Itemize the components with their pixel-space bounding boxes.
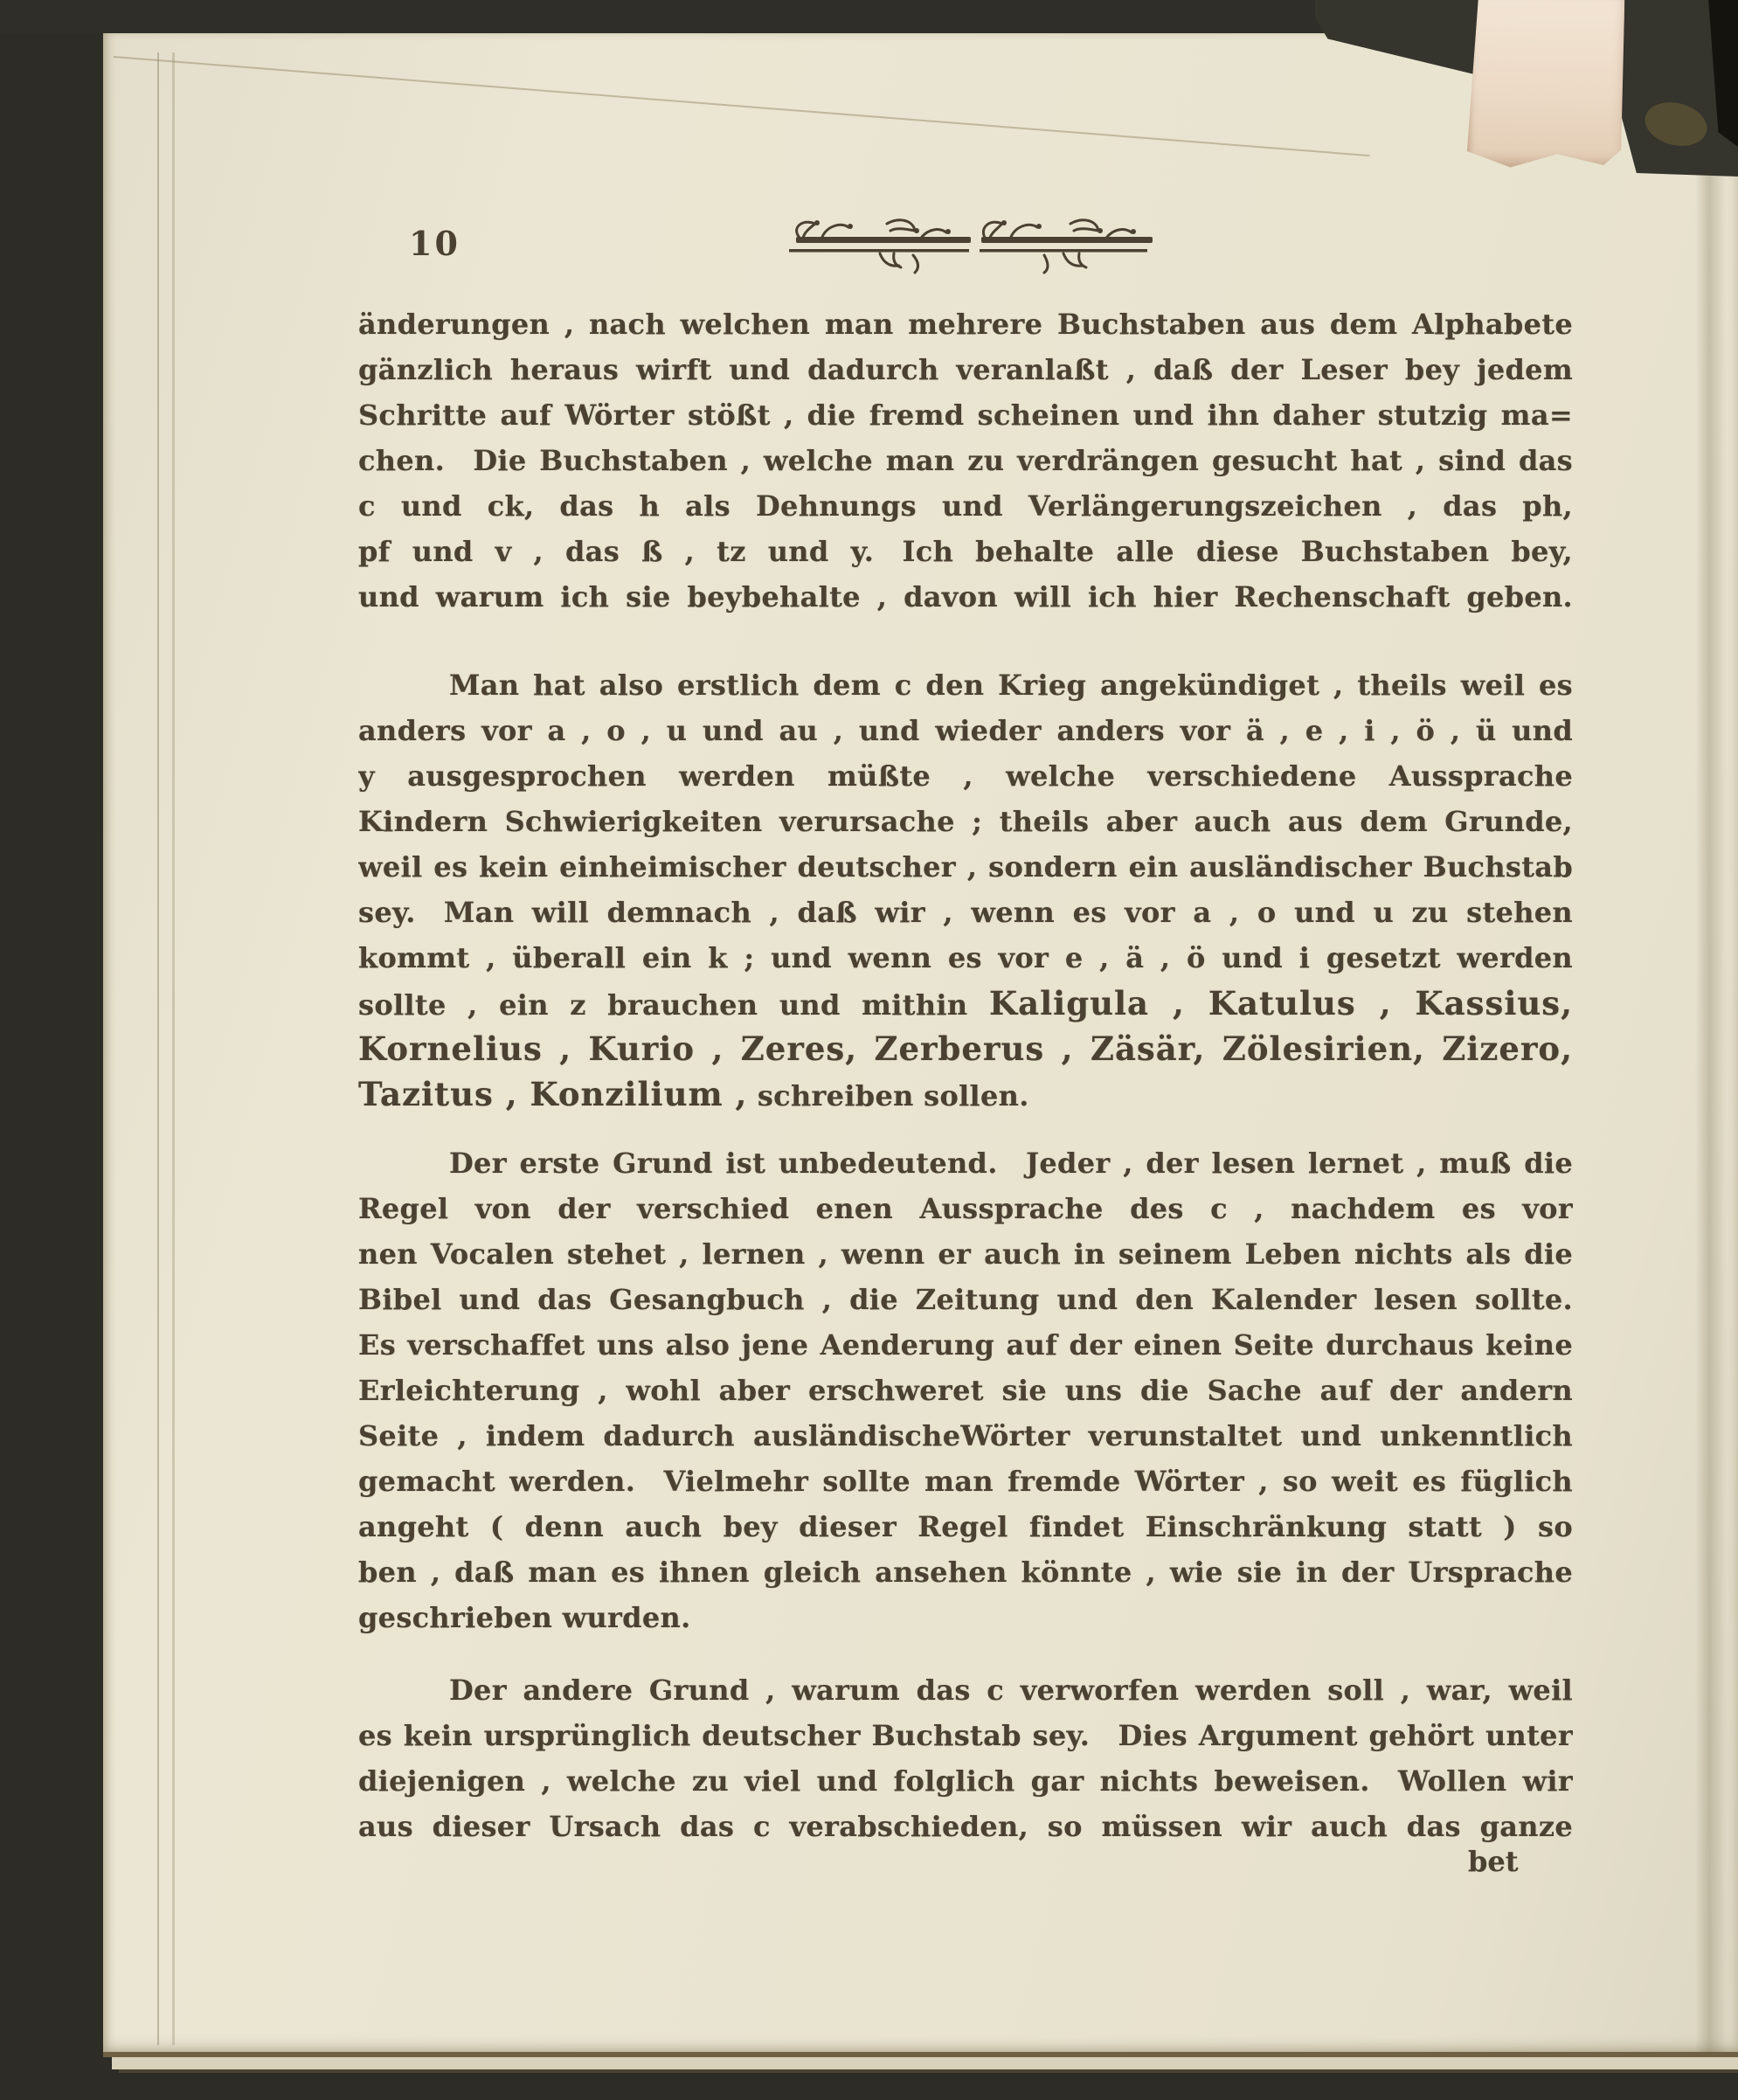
text-line: Tazitus , Konzilium , schreiben sollen.: [358, 1071, 1573, 1117]
text-line: kommt , überall ein k ; und wenn es vor …: [358, 935, 1573, 981]
body-text: weil es kein einheimischer deutscher , s…: [358, 850, 1573, 884]
background-left: [0, 0, 103, 2100]
page-stack-shadow: [119, 2069, 1738, 2073]
body-text: gemacht werden. Vielmehr sollte man frem…: [358, 1465, 1573, 1498]
body-text: es kein ursprünglich deutscher Buchstab …: [358, 1719, 1573, 1752]
body-text: y ausgesprochen werden müßte , welche ve…: [358, 759, 1573, 799]
page-paper: 10: [103, 31, 1738, 2052]
text-line: sey. Man will demnach , daß wir , wenn e…: [358, 890, 1573, 935]
text-line: Erleichterung , wohl aber erschweret sie…: [358, 1368, 1573, 1413]
text-line: Der andere Grund , warum das c verworfen…: [358, 1667, 1573, 1713]
body-text: angeht ( denn auch bey dieser Regel find…: [358, 1510, 1573, 1549]
body-text: kommt , überall ein k ; und wenn es vor …: [358, 941, 1573, 974]
text-line: nen Vocalen stehet , lernen , wenn er au…: [358, 1231, 1573, 1277]
body-text: schreiben sollen.: [747, 1079, 1028, 1112]
binding-crease: [157, 52, 159, 2045]
emphasized-text: Kaligula , Katulus , Kassius,: [989, 984, 1573, 1022]
paragraph: Man hat also erstlich dem c den Krieg an…: [358, 662, 1573, 1117]
under-page-edge: [112, 2057, 1738, 2069]
body-text: Der erste Grund ist unbedeutend. Jeder ,…: [449, 1147, 1573, 1180]
body-text: Seite , indem dadurch ausländischeWörter…: [358, 1419, 1573, 1452]
text-line: c und ck, das h als Dehnungs und Verläng…: [358, 483, 1573, 529]
body-text: diejenigen , welche zu viel und folglich…: [358, 1764, 1573, 1798]
body-text: Bibel und das Gesangbuch , die Zeitung u…: [358, 1283, 1573, 1316]
text-line: angeht ( denn auch bey dieser Regel find…: [358, 1504, 1573, 1549]
paragraph: Der erste Grund ist unbedeutend. Jeder ,…: [358, 1140, 1573, 1640]
body-text: änderungen , nach welchen man mehrere Bu…: [358, 308, 1573, 341]
text-line: und warum ich sie beybehalte , davon wil…: [358, 574, 1573, 620]
text-line: gänzlich heraus wirft und dadurch veranl…: [358, 347, 1573, 392]
text-line: ben , daß man es ihnen gleich ansehen kö…: [358, 1549, 1573, 1595]
emphasized-text: Kornelius , Kurio , Zeres, Zerberus , Zä…: [358, 1029, 1573, 1068]
body-text: Erleichterung , wohl aber erschweret sie…: [358, 1374, 1573, 1407]
body-text: nen Vocalen stehet , lernen , wenn er au…: [358, 1237, 1573, 1271]
body-text: Man hat also erstlich dem c den Krieg an…: [449, 669, 1573, 702]
text-line: es kein ursprünglich deutscher Buchstab …: [358, 1713, 1573, 1758]
text-line: diejenigen , welche zu viel und folglich…: [358, 1758, 1573, 1804]
text-line: Es verschaffet uns also jene Aenderung a…: [358, 1322, 1573, 1368]
paragraph: Der andere Grund , warum das c verworfen…: [358, 1667, 1573, 1849]
body-text: Kindern Schwierigkeiten verursache ; the…: [358, 805, 1573, 838]
text-line: aus dieser Ursach das c verabschieden, s…: [358, 1804, 1573, 1849]
text-line: pf und v , das ß , tz und y. Ich behalte…: [358, 529, 1573, 574]
body-text: ben , daß man es ihnen gleich ansehen kö…: [358, 1556, 1573, 1589]
text-line: änderungen , nach welchen man mehrere Bu…: [358, 301, 1573, 347]
text-line: anders vor a , o , u und au , und wieder…: [358, 708, 1573, 753]
body-text: chen. Die Buchstaben , welche man zu ver…: [358, 444, 1573, 477]
body-text: sey. Man will demnach , daß wir , wenn e…: [358, 896, 1573, 929]
body-text: pf und v , das ß , tz und y. Ich behalte…: [358, 535, 1573, 568]
text-line: Man hat also erstlich dem c den Krieg an…: [358, 662, 1573, 708]
paragraph: änderungen , nach welchen man mehrere Bu…: [358, 301, 1573, 620]
body-text: Der andere Grund , warum das c verworfen…: [449, 1674, 1573, 1707]
body-text: anders vor a , o , u und au , und wieder…: [358, 714, 1573, 747]
text-line: chen. Die Buchstaben , welche man zu ver…: [358, 438, 1573, 483]
under-sheet-edge: [114, 56, 1370, 156]
body-text: Regel von der verschied enen Aussprache …: [358, 1192, 1573, 1231]
text-line: Seite , indem dadurch ausländischeWörter…: [358, 1413, 1573, 1459]
body-text: c und ck, das h als Dehnungs und Verläng…: [358, 489, 1573, 523]
body-text: aus dieser Ursach das c verabschieden, s…: [358, 1810, 1573, 1849]
page-number: 10: [409, 224, 460, 263]
body-text: geschrieben wurden.: [358, 1601, 691, 1634]
body-text: Schritte auf Wörter stößt , die fremd sc…: [358, 399, 1573, 432]
head-ornament-icon: [782, 215, 1167, 276]
body-text: gänzlich heraus wirft und dadurch veranl…: [358, 353, 1573, 386]
text-line: sollte , ein z brauchen und mithin Kalig…: [358, 981, 1573, 1026]
body-text: und warum ich sie beybehalte , davon wil…: [358, 580, 1573, 613]
text-line: y ausgesprochen werden müßte , welche ve…: [358, 753, 1573, 799]
body-text: sollte , ein z brauchen und mithin: [358, 988, 989, 1022]
text-line: gemacht werden. Vielmehr sollte man frem…: [358, 1459, 1573, 1504]
text-line: Regel von der verschied enen Aussprache …: [358, 1186, 1573, 1231]
catchword: bet: [1468, 1842, 1519, 1881]
body-text: Es verschaffet uns also jene Aenderung a…: [358, 1328, 1573, 1362]
paper-fragment: [1467, 0, 1625, 170]
text-line: weil es kein einheimischer deutscher , s…: [358, 844, 1573, 890]
text-line: Schritte auf Wörter stößt , die fremd sc…: [358, 392, 1573, 438]
text-line: Bibel und das Gesangbuch , die Zeitung u…: [358, 1277, 1573, 1322]
fore-edge-crease: [1695, 163, 1727, 2052]
binding-crease: [172, 52, 175, 2045]
text-line: Kornelius , Kurio , Zeres, Zerberus , Zä…: [358, 1026, 1573, 1071]
emphasized-text: Tazitus , Konzilium ,: [358, 1075, 747, 1113]
text-line: geschrieben wurden.: [358, 1595, 1573, 1640]
text-line: Kindern Schwierigkeiten verursache ; the…: [358, 799, 1573, 844]
text-line: Der erste Grund ist unbedeutend. Jeder ,…: [358, 1140, 1573, 1186]
